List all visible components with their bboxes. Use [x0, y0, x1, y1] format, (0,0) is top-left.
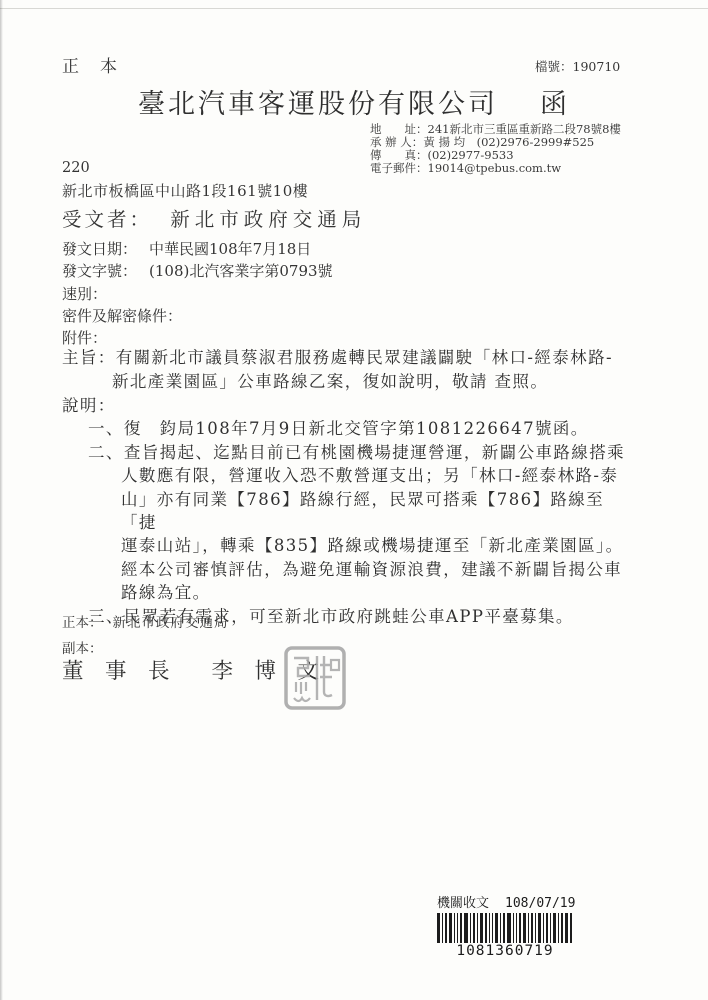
- original-copy-label: 正本：: [62, 615, 103, 631]
- file-number-value: 190710: [573, 59, 621, 74]
- sender-email-value: 19014@tpebus.com.tw: [428, 161, 562, 175]
- issue-date-value: 中華民國108年7月18日: [149, 240, 311, 258]
- receipt-stamp-label: 機關收文: [437, 896, 489, 911]
- scan-artifact-line: [0, 8, 708, 9]
- item-1-text: 復 鈞局108年7月9日新北交管字第1081226647號函。: [124, 419, 589, 438]
- sender-address-value: 241新北市三重區重新路二段78號8樓: [428, 122, 621, 136]
- item-2-text-4: 運泰山站」，轉乘【835】路線或機場捷運至「新北產業園區」。: [62, 534, 632, 557]
- receipt-barcode: [437, 913, 573, 943]
- sender-email-row: 電子郵件：19014@tpebus.com.tw: [370, 162, 621, 175]
- receipt-stamp-header: 機關收文108/07/19: [437, 892, 597, 911]
- receipt-stamp: 機關收文108/07/19 1081360719: [437, 892, 597, 959]
- sender-fax-label: 傳 真：: [370, 148, 428, 162]
- item-1-number: 一、: [88, 419, 124, 438]
- doc-number-label: 發文字號：: [62, 262, 137, 280]
- sender-email-label: 電子郵件：: [370, 161, 428, 175]
- recipient-name: 新北市政府交通局: [170, 208, 366, 231]
- copy-type-label: 正 本: [62, 52, 119, 77]
- signature-line: 董 事 長李 博 文: [62, 654, 319, 685]
- secrecy-row: 密件及解密條件：: [62, 305, 333, 327]
- sender-contact-value: 黃 揚 均 (02)2976-2999#525: [423, 135, 594, 149]
- doc-number-value: (108)北汽客業字第0793號: [149, 262, 333, 280]
- recipient-address: 新北市板橋區中山路1段161號10樓: [62, 180, 308, 201]
- subject-label: 主旨：: [62, 348, 116, 367]
- subject-line-1: 主旨：有關新北市議員蔡淑君服務處轉民眾建議闢駛「林口-經泰林路-: [62, 346, 622, 370]
- description-block: 說明： 一、復 鈞局108年7月9日新北交管字第1081226647號函。 二、…: [62, 394, 632, 628]
- receipt-number: 1081360719: [437, 943, 573, 959]
- item-2-text-1: 查旨揭起、迄點目前已有桃園機場捷運營運，新闢公車路線搭乘: [124, 443, 625, 462]
- chairman-seal-stamp: [283, 644, 347, 712]
- original-copy-value: 新北市政府交通局: [113, 615, 229, 631]
- item-2-text-5: 經本公司審慎評估，為避免運輸資源浪費，建議不新闢旨揭公車: [62, 558, 632, 581]
- file-number: 檔號：190710: [535, 57, 620, 75]
- receipt-date: 108/07/19: [505, 896, 575, 911]
- issue-date-row: 發文日期：中華民國108年7月18日: [62, 238, 333, 260]
- subject-line-2: 新北產業園區」公車路線乙案，復如說明，敬請 查照。: [62, 370, 622, 394]
- subject-block: 主旨：有關新北市議員蔡淑君服務處轉民眾建議闢駛「林口-經泰林路- 新北產業園區」…: [62, 346, 622, 393]
- document-meta-block: 發文日期：中華民國108年7月18日 發文字號：(108)北汽客業字第0793號…: [62, 238, 333, 349]
- recipient-postal-code: 220: [62, 160, 90, 176]
- doc-number-row: 發文字號：(108)北汽客業字第0793號: [62, 260, 333, 282]
- file-number-label: 檔號：: [535, 59, 573, 74]
- sender-contact-block: 地 址：241新北市三重區重新路二段78號8樓 承 辦 人：黃 揚 均 (02)…: [370, 123, 621, 175]
- document-title: 臺北汽車客運股份有限公司函: [0, 82, 708, 121]
- recipient-label: 受文者：: [62, 208, 152, 231]
- description-label: 說明：: [62, 394, 632, 417]
- item-2-text-2: 人數應有限，營運收入恐不敷營運支出；另「林口-經泰林路-泰: [62, 464, 632, 487]
- description-item-1: 一、復 鈞局108年7月9日新北交管字第1081226647號函。: [62, 417, 632, 440]
- sender-address-label: 地 址：: [370, 122, 428, 136]
- item-2-number: 二、: [88, 443, 124, 462]
- speed-row: 速別：: [62, 283, 333, 305]
- sender-fax-value: (02)2977-9533: [428, 148, 514, 162]
- item-2-text-6: 路線為宜。: [62, 581, 632, 604]
- scanned-official-letter: 正 本 檔號：190710 臺北汽車客運股份有限公司函 地 址：241新北市三重…: [0, 0, 708, 1000]
- chairman-title: 董 事 長: [62, 659, 170, 684]
- original-copy-row: 正本：新北市政府交通局: [62, 610, 229, 636]
- item-2-text-3: 山」亦有同業【786】路線行經，民眾可搭乘【786】路線至「捷: [62, 488, 632, 535]
- description-item-2: 二、查旨揭起、迄點目前已有桃園機場捷運營運，新闢公車路線搭乘: [62, 441, 632, 464]
- document-type: 函: [540, 89, 570, 120]
- scan-artifact-edge: [0, 0, 3, 1000]
- company-name: 臺北汽車客運股份有限公司: [138, 89, 498, 120]
- subject-text-1: 有關新北市議員蔡淑君服務處轉民眾建議闢駛「林口-經泰林路-: [116, 348, 613, 367]
- recipient-line: 受文者： 新北市政府交通局: [62, 204, 366, 232]
- issue-date-label: 發文日期：: [62, 240, 137, 258]
- sender-contact-label: 承 辦 人：: [370, 135, 423, 149]
